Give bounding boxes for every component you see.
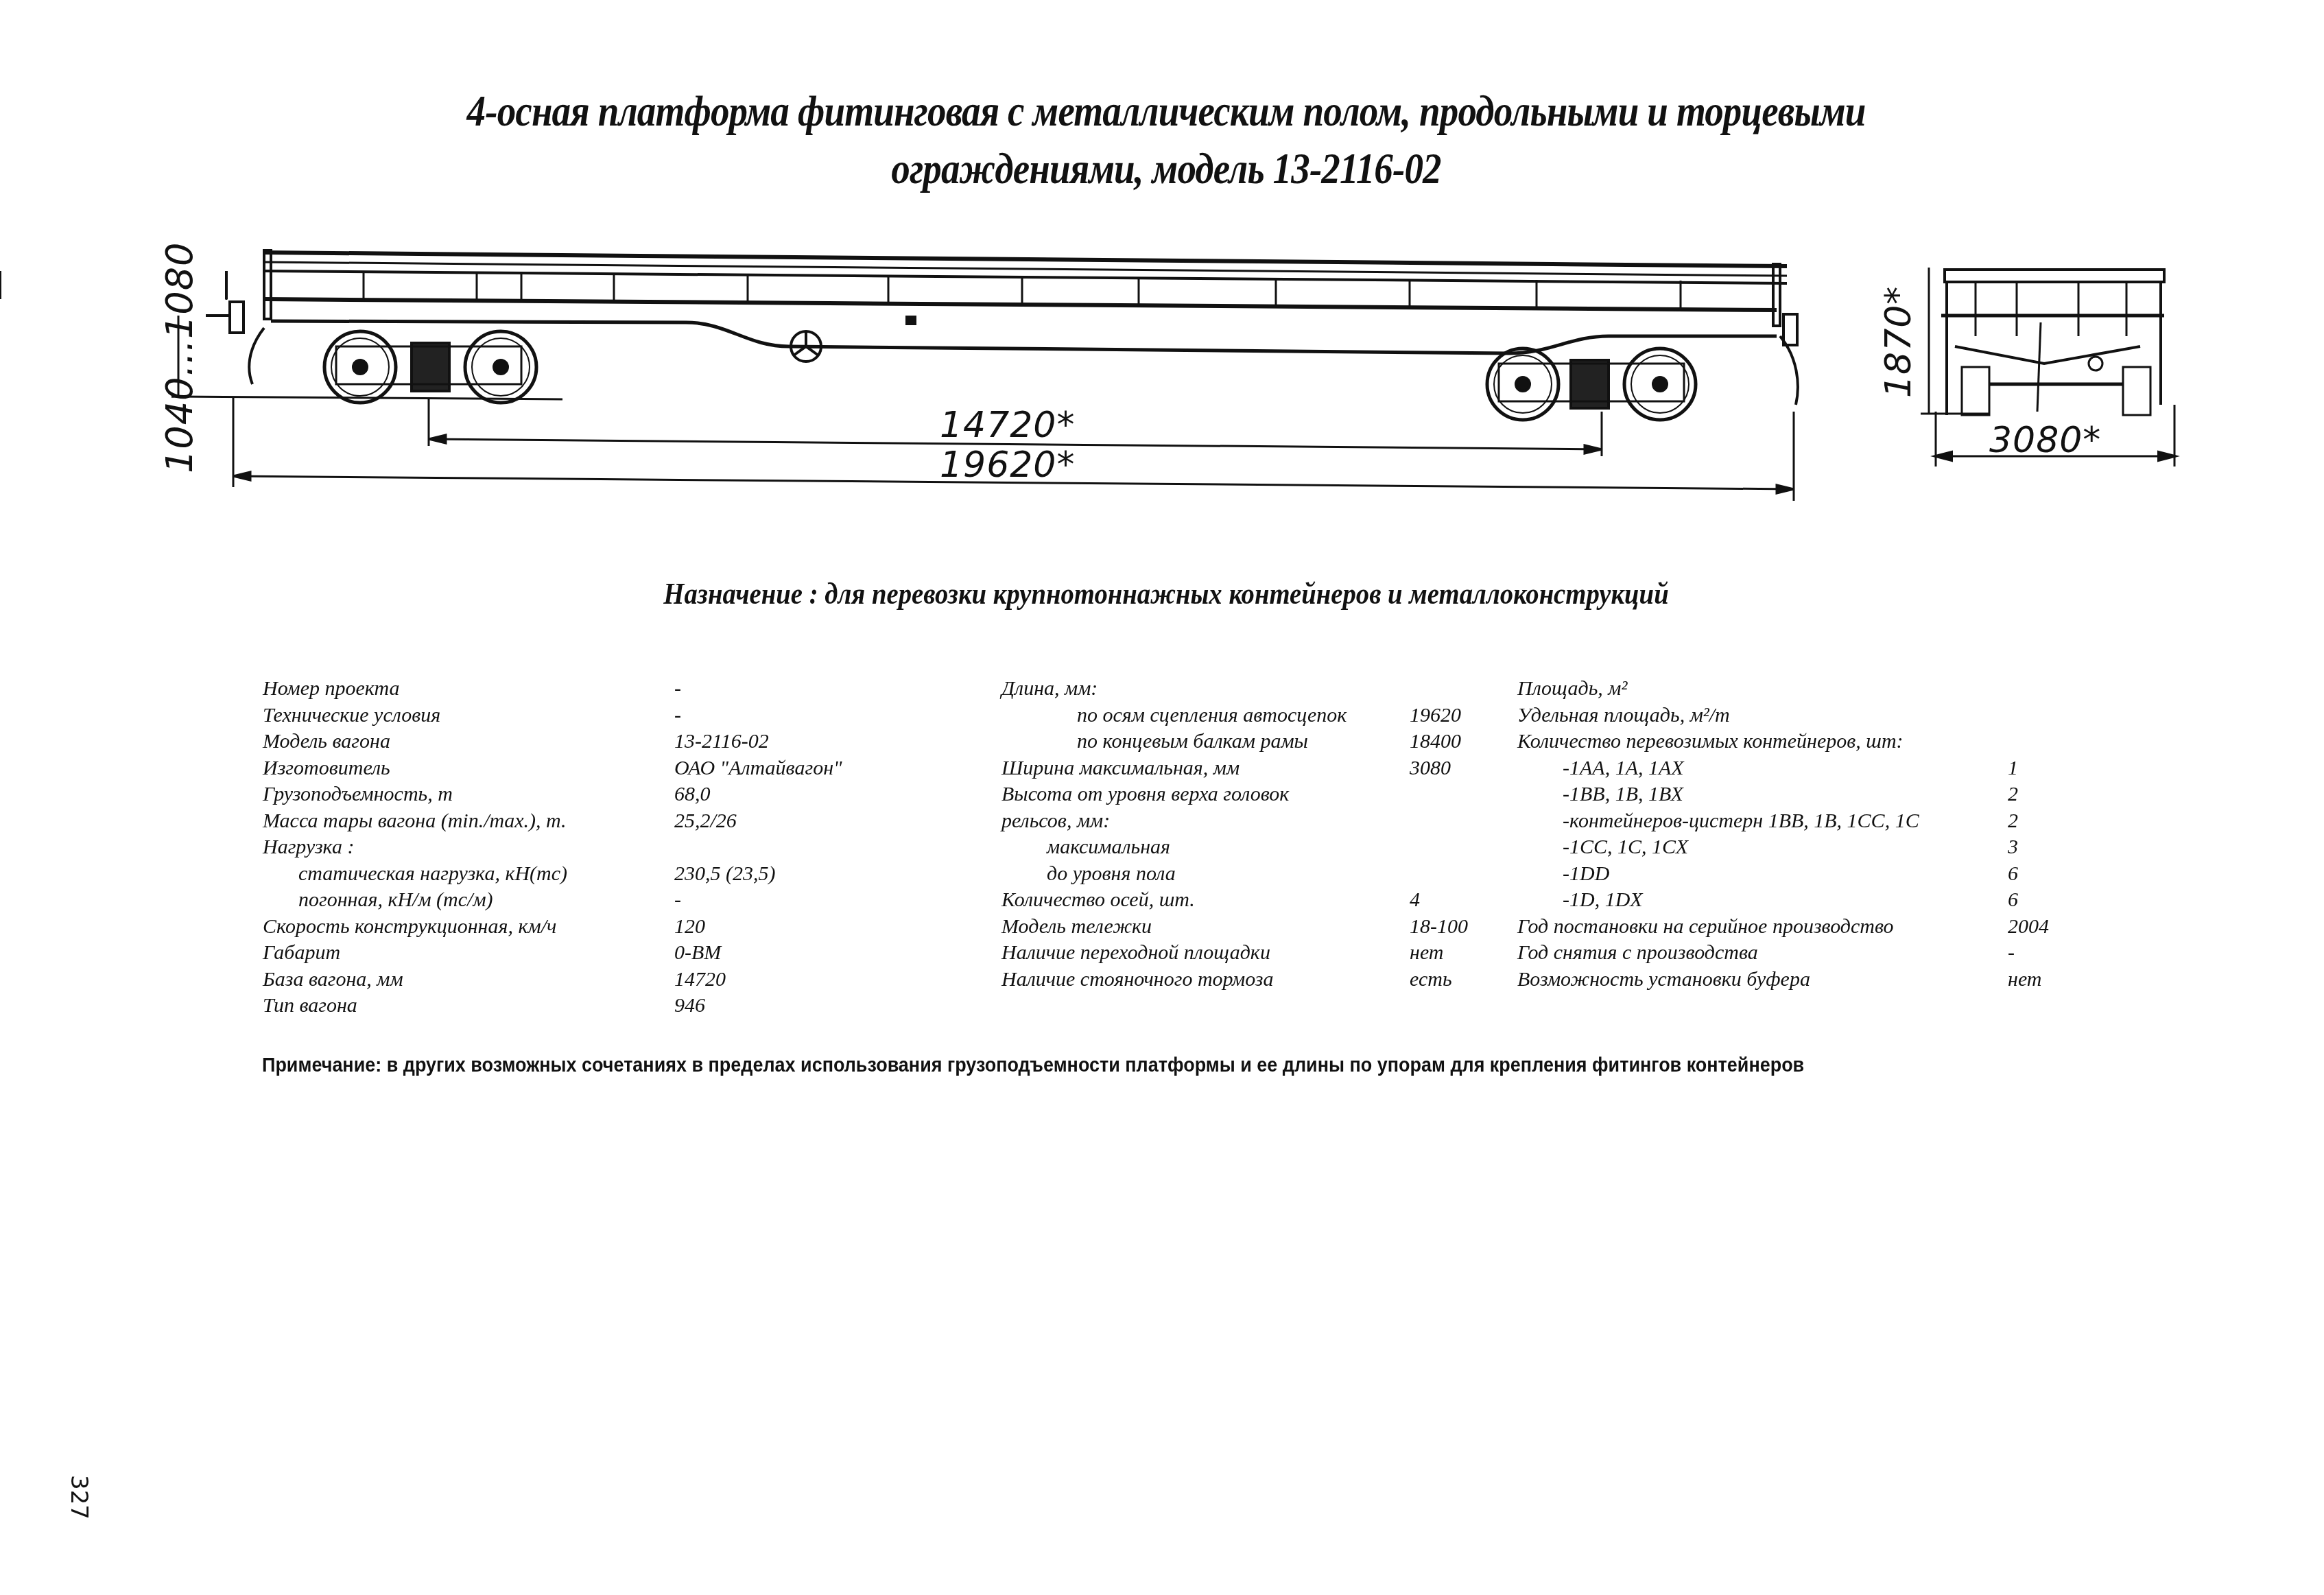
spec-label: Наличие стояночного тормоза: [1001, 967, 1274, 993]
spec-label: Удельная площадь, м²/т: [1517, 702, 1730, 729]
spec-label: погонная, кН/м (тс/м): [263, 887, 493, 914]
spec-row: Удельная площадь, м²/т: [1517, 702, 1919, 729]
spec-value: 3: [2008, 834, 2018, 861]
spec-row: максимальная: [1001, 834, 1347, 861]
spec-value: есть: [1410, 967, 1452, 993]
spec-row: Скорость конструкционная, км/ч120: [263, 914, 567, 941]
spec-label: Изготовитель: [263, 755, 390, 782]
spec-value: 230,5 (23,5): [674, 861, 775, 888]
spec-row: -контейнеров-цистерн 1ВВ, 1В, 1СС, 1С2: [1517, 808, 1919, 835]
spec-label: статическая нагрузка, кН(тс): [263, 861, 567, 888]
spec-label: до уровня пола: [1001, 861, 1176, 888]
spec-row: -1АА, 1А, 1АХ1: [1517, 755, 1919, 782]
spec-column-capacity: Площадь, м²Удельная площадь, м²/тКоличес…: [1517, 676, 1919, 993]
spec-label: Модель вагона: [263, 729, 390, 755]
spec-label: Габарит: [263, 940, 340, 967]
spec-row: ИзготовительОАО "Алтайвагон": [263, 755, 567, 782]
spec-row: -1ВВ, 1В, 1ВХ2: [1517, 781, 1919, 808]
spec-label: Масса тары вагона (min./max.), т.: [263, 808, 567, 835]
spec-label: -1DD: [1517, 861, 1609, 888]
spec-row: Ширина максимальная, мм3080: [1001, 755, 1347, 782]
spec-label: Ширина максимальная, мм: [1001, 755, 1240, 782]
spec-value: 13-2116-02: [674, 729, 769, 755]
page-number: 327: [65, 1475, 93, 1520]
spec-value: 3080: [1410, 755, 1451, 782]
spec-row: Масса тары вагона (min./max.), т.25,2/26: [263, 808, 567, 835]
spec-value: 68,0: [674, 781, 711, 808]
spec-label: -1ВВ, 1В, 1ВХ: [1517, 781, 1683, 808]
spec-value: 2: [2008, 808, 2018, 835]
spec-label: Высота от уровня верха головок: [1001, 781, 1289, 808]
spec-label: -1АА, 1А, 1АХ: [1517, 755, 1684, 782]
bogie-left: [324, 331, 536, 403]
spec-row: по концевым балкам рамы18400: [1001, 729, 1347, 755]
spec-value: 2: [2008, 781, 2018, 808]
spec-label: Количество осей, шт.: [1001, 887, 1195, 914]
spec-row: База вагона, мм14720: [263, 967, 567, 993]
spec-value: нет: [2008, 967, 2041, 993]
spec-value: 946: [674, 993, 705, 1019]
spec-row: Наличие переходной площадкинет: [1001, 940, 1347, 967]
spec-column-general: Номер проекта-Технические условия-Модель…: [263, 676, 567, 1019]
spec-row: рельсов, мм:: [1001, 808, 1347, 835]
spec-value: 0-ВМ: [674, 940, 721, 967]
spec-value: ОАО "Алтайвагон": [674, 755, 842, 782]
side-view: [0, 250, 1798, 420]
spec-label: Возможность установки буфера: [1517, 967, 1810, 993]
spec-value: 6: [2008, 861, 2018, 888]
spec-row: по осям сцепления автосцепок19620: [1001, 702, 1347, 729]
coupled-length-dimension: 19620*: [940, 445, 1075, 486]
spec-row: Наличие стояночного тормозаесть: [1001, 967, 1347, 993]
spec-row: Год снятия с производства-: [1517, 940, 1919, 967]
spec-row: Возможность установки буферанет: [1517, 967, 1919, 993]
footnote: Примечание: в других возможных сочетания…: [262, 1054, 1921, 1077]
spec-value: 120: [674, 914, 705, 941]
spec-label: Модель тележки: [1001, 914, 1152, 941]
spec-label: Тип вагона: [263, 993, 357, 1019]
spec-label: Номер проекта: [263, 676, 399, 702]
spec-row: -1D, 1DX6: [1517, 887, 1919, 914]
spec-row: Высота от уровня верха головок: [1001, 781, 1347, 808]
spec-value: 18400: [1410, 729, 1461, 755]
spec-label: Нагрузка :: [263, 834, 354, 861]
spec-label: -1СС, 1С, 1СХ: [1517, 834, 1688, 861]
spec-row: Номер проекта-: [263, 676, 567, 702]
spec-value: -: [674, 702, 681, 729]
spec-value: -: [674, 887, 681, 914]
spec-value: 4: [1410, 887, 1420, 914]
spec-row: Грузоподъемность, т68,0: [263, 781, 567, 808]
spec-label: максимальная: [1001, 834, 1170, 861]
spec-value: 1: [2008, 755, 2018, 782]
spec-label: Скорость конструкционная, км/ч: [263, 914, 556, 941]
spec-row: Габарит0-ВМ: [263, 940, 567, 967]
spec-row: Год постановки на серийное производство2…: [1517, 914, 1919, 941]
spec-row: Модель вагона13-2116-02: [263, 729, 567, 755]
spec-label: по концевым балкам рамы: [1001, 729, 1308, 755]
spec-label: рельсов, мм:: [1001, 808, 1110, 835]
spec-row: -1DD6: [1517, 861, 1919, 888]
spec-label: Технические условия: [263, 702, 440, 729]
spec-label: -контейнеров-цистерн 1ВВ, 1В, 1СС, 1С: [1517, 808, 1919, 835]
spec-row: -1СС, 1С, 1СХ3: [1517, 834, 1919, 861]
end-width-dimension: 3080*: [1989, 420, 2101, 461]
spec-row: Площадь, м²: [1517, 676, 1919, 702]
wagon-drawing: [0, 0, 2324, 549]
spec-value: 18-100: [1410, 914, 1468, 941]
spec-column-dimensions: Длина, мм:по осям сцепления автосцепок19…: [1001, 676, 1347, 993]
spec-label: Площадь, м²: [1517, 676, 1627, 702]
spec-row: статическая нагрузка, кН(тс)230,5 (23,5): [263, 861, 567, 888]
spec-value: 19620: [1410, 702, 1461, 729]
spec-value: нет: [1410, 940, 1443, 967]
spec-row: погонная, кН/м (тс/м)-: [263, 887, 567, 914]
spec-value: -: [674, 676, 681, 702]
spec-label: Наличие переходной площадки: [1001, 940, 1270, 967]
spec-row: Количество перевозимых контейнеров, шт:: [1517, 729, 1919, 755]
height-range-dimension: 1040...1080: [158, 242, 201, 473]
spec-row: до уровня пола: [1001, 861, 1347, 888]
spec-value: 2004: [2008, 914, 2049, 941]
spec-value: 14720: [674, 967, 726, 993]
spec-label: Количество перевозимых контейнеров, шт:: [1517, 729, 1904, 755]
spec-value: 6: [2008, 887, 2018, 914]
wheelbase-dimension: 14720*: [940, 405, 1075, 446]
spec-row: Нагрузка :: [263, 834, 567, 861]
spec-label: Грузоподъемность, т: [263, 781, 453, 808]
purpose-heading: Назначение : для перевозки крупнотоннажн…: [502, 576, 1830, 611]
spec-value: 25,2/26: [674, 808, 737, 835]
spec-value: -: [2008, 940, 2015, 967]
bogie-right: [1487, 348, 1696, 420]
spec-row: Длина, мм:: [1001, 676, 1347, 702]
spec-label: Длина, мм:: [1001, 676, 1098, 702]
spec-row: Тип вагона946: [263, 993, 567, 1019]
spec-row: Технические условия-: [263, 702, 567, 729]
spec-label: -1D, 1DX: [1517, 887, 1643, 914]
spec-label: по осям сцепления автосцепок: [1001, 702, 1347, 729]
end-height-dimension: 1870*: [1878, 286, 1919, 398]
spec-row: Модель тележки18-100: [1001, 914, 1347, 941]
spec-label: Год снятия с производства: [1517, 940, 1758, 967]
spec-label: Год постановки на серийное производство: [1517, 914, 1894, 941]
spec-row: Количество осей, шт.4: [1001, 887, 1347, 914]
spec-label: База вагона, мм: [263, 967, 403, 993]
